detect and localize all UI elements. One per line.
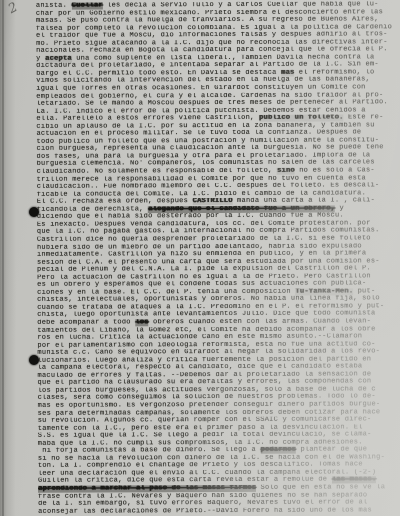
typewritten-text: put- — [353, 288, 375, 295]
overstruck-text: Tu-Yanka-Men. — [295, 288, 353, 295]
crossed-out-text: aprendiendo a marchar al paso de las mas… — [38, 484, 256, 493]
typewritten-text: Este re- — [343, 114, 383, 121]
overstruck-text: acepta — [45, 54, 72, 62]
typewritten-text: ni forja comunistas a base de dinero. Se… — [38, 446, 261, 455]
overstruck-text: publico un folleto. — [259, 114, 344, 122]
typewritten-text: el reformismo, lo — [294, 69, 374, 76]
typewritten-text: ficandola de derechista, — [37, 205, 148, 213]
overstruck-text: mas — [281, 69, 294, 76]
crossed-out-text: las masas. — [332, 477, 377, 484]
typewritten-text: y — [335, 205, 344, 212]
document-lines: anista. Cuellar les decia a Servio Tulio… — [36, 1, 397, 516]
scanned-page: 2 anista. Cuellar les decia a Servio Tul… — [0, 0, 400, 516]
typewritten-text: y — [36, 55, 45, 63]
typewritten-text: aconsejar las declaraciones de Prieto.--… — [38, 507, 372, 516]
overstruck-text: CASTRILLO — [193, 197, 233, 205]
crossed-out-text: pedirnos — [260, 446, 296, 454]
typewritten-text: plantear de que — [296, 446, 367, 453]
typewritten-text: debe acompañar a todo — [37, 318, 135, 326]
typewritten-text: manda una carta a la I. , cali- — [233, 197, 375, 205]
scan-edge-shadow — [0, 0, 16, 516]
scan-edge-streak — [2, 0, 4, 516]
overstruck-text: sino — [277, 167, 295, 175]
typewritten-text: Solo que en esta no se ve la — [256, 484, 385, 492]
typewritten-text: ella. Parellelo a estos errores viene Ca… — [36, 114, 259, 123]
typewritten-text: no es solo a Cas- — [295, 167, 375, 174]
crossed-out-text: alegando que el candidato fue a un obrer… — [148, 205, 335, 213]
crossed-out-text: Cuellar — [71, 1, 102, 9]
text-line: aconsejar las declaraciones de Prieto.--… — [38, 507, 397, 516]
typewritten-text: anista. — [36, 2, 72, 10]
crossed-out-text: los — [135, 318, 148, 326]
handwritten-mark: 2 — [6, 0, 20, 17]
typewritten-text: El C.C. rechaza esa orden, despues — [37, 197, 193, 206]
